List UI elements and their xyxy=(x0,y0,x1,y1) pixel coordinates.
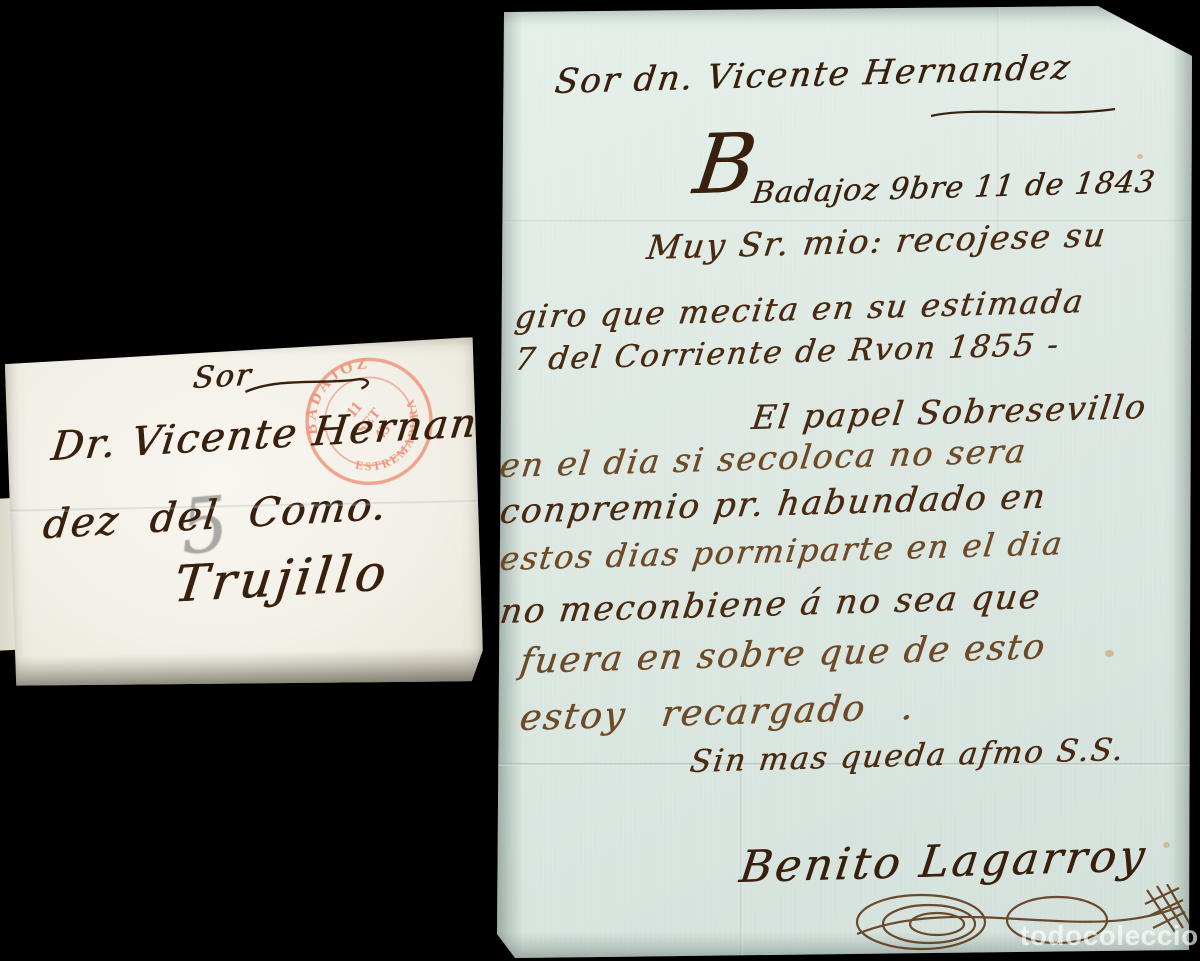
letter-line: fuera en sobre que de esto xyxy=(517,627,1048,682)
letter-line: El papel Sobresevillo xyxy=(749,387,1149,437)
paper-stain xyxy=(1105,650,1114,657)
fold-crease xyxy=(740,696,743,958)
letter-dateline: Badajoz 9bre 11 de 1843 xyxy=(750,165,1158,211)
letter-line: conpremio pr. habundado en xyxy=(497,477,1049,532)
letter-line: estoy recargado . xyxy=(517,687,917,739)
letter-heading: Sor dn. Vicente Hernandez xyxy=(552,47,1073,102)
todocoleccion-watermark: todocoleccion xyxy=(1020,920,1200,952)
paper-stain xyxy=(1163,842,1170,848)
folded-letter-front: BADAJOZ ESTREMADURA 11 SET 43 5 Sor Dr. … xyxy=(4,337,483,691)
letter-closing: Sin mas queda afmo S.S. xyxy=(688,732,1127,780)
paper-stain xyxy=(1137,154,1143,159)
pen-flourish xyxy=(929,104,1119,120)
address-line-2: dez del Como. xyxy=(40,483,390,549)
signature: Benito Lagarroy xyxy=(737,831,1151,894)
photo-background: BADAJOZ ESTREMADURA 11 SET 43 5 Sor Dr. … xyxy=(0,0,1200,961)
letter-line: estos dias pormiparte en el dia xyxy=(498,524,1067,578)
letter-line: no meconbiene á no sea que xyxy=(497,577,1043,632)
address-salutation: Sor xyxy=(191,358,254,397)
letter-line: en el dia si secoloca no sera xyxy=(497,431,1029,485)
address-destination: Trujillo xyxy=(171,543,393,613)
letter-sheet: Sor dn. Vicente Hernandez B Badajoz 9bre… xyxy=(497,6,1192,958)
fold-shadow xyxy=(11,647,484,691)
letter-line: 7 del Corriente de Rvon 1855 - xyxy=(513,327,1063,378)
